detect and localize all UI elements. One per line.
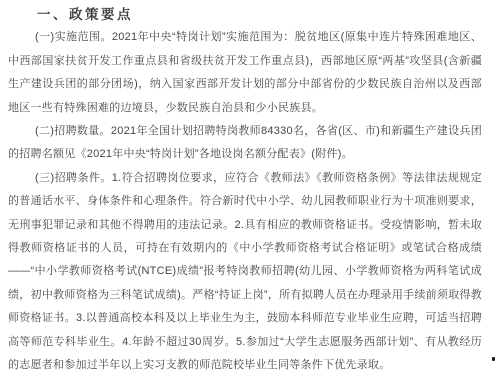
paragraph-recruitment-conditions: (三)招聘条件。1.符合招聘岗位要求，应符合《教师法》《教师资格条例》等法律法规… [8,167,482,371]
section-heading: 一、政策要点 [8,3,482,26]
paragraph-implementation-scope: (一)实施范围。2021年中央“特岗计划”实施范围为：脱贫地区(原集中连片特殊困… [8,26,482,120]
policy-document: 一、政策要点 (一)实施范围。2021年中央“特岗计划”实施范围为：脱贫地区(原… [0,0,499,371]
paragraph-recruitment-quota: (二)招聘数量。2021年全国计划招聘特岗教师84330名，各省(区、市)和新疆… [8,120,482,167]
document-page: { "page": { "background": "#ffffff", "te… [0,0,499,371]
stray-dot [492,357,495,361]
